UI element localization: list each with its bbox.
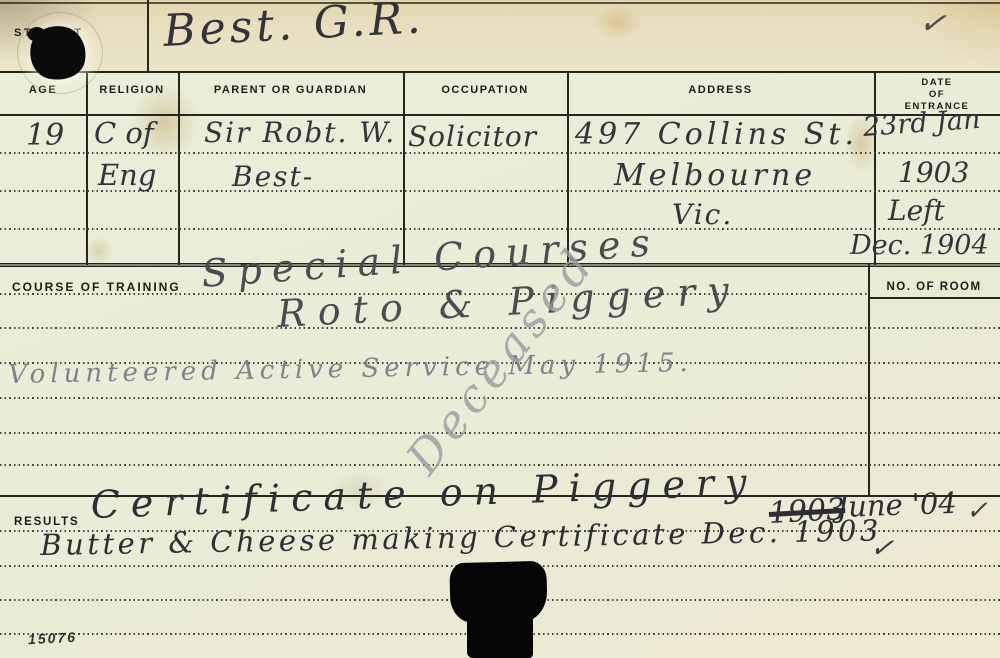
entry-address: Melbourne xyxy=(614,158,816,193)
checkmark-icon: ✓ xyxy=(869,530,896,565)
rule-under-name xyxy=(0,71,1000,73)
serial-number: 15076 xyxy=(28,629,78,648)
service-note: Volunteered Active Service May 1915. xyxy=(8,348,693,390)
rule-col-divider xyxy=(178,71,180,265)
header-date-of-entrance: DATE xyxy=(874,77,1000,88)
dotted-rule xyxy=(0,464,1000,466)
entry-parent: Best- xyxy=(232,160,314,193)
no-of-room-label: NO. OF ROOM xyxy=(868,281,1000,293)
entry-address: Vic. xyxy=(672,198,733,231)
rule-col-divider xyxy=(403,71,405,265)
entry-date-of-entrance: Dec. 1904 xyxy=(850,230,989,261)
entry-parent: Sir Robt. W. xyxy=(204,116,396,149)
rule-top-edge xyxy=(0,2,1000,4)
entry-religion: Eng xyxy=(98,158,156,192)
header-address: ADDRESS xyxy=(567,84,874,96)
course-of-training-label: COURSE OF TRAINING xyxy=(12,280,181,294)
entry-age: 19 xyxy=(26,118,64,153)
header-parent-or-guardian: PARENT OR GUARDIAN xyxy=(178,84,403,96)
top-band xyxy=(0,0,1000,71)
rule-room-label xyxy=(868,297,1000,299)
entry-religion: C of xyxy=(94,116,154,150)
results-label: RESULTS xyxy=(14,516,79,528)
header-religion: RELIGION xyxy=(86,84,178,96)
entry-date-of-entrance: 1903 xyxy=(898,156,969,189)
entry-occupation: Solicitor xyxy=(408,120,537,153)
rule-student-divider xyxy=(147,0,149,71)
entry-date-of-entrance: Left xyxy=(888,194,945,227)
ink-blot xyxy=(467,608,533,658)
checkmark-icon: ✓ xyxy=(917,2,949,43)
header-date-of-entrance: OF xyxy=(874,89,1000,100)
paper-stain xyxy=(84,236,114,266)
record-card: STUDENT AGE RELIGION PARENT OR GUARDIAN … xyxy=(0,0,1000,658)
dotted-rule xyxy=(0,432,1000,434)
checkmark-icon: ✓ xyxy=(966,496,988,526)
entry-address: 497 Collins St. xyxy=(575,117,858,152)
header-occupation: OCCUPATION xyxy=(403,84,567,96)
rule-room-box xyxy=(868,264,870,497)
rule-col-divider xyxy=(86,71,88,265)
